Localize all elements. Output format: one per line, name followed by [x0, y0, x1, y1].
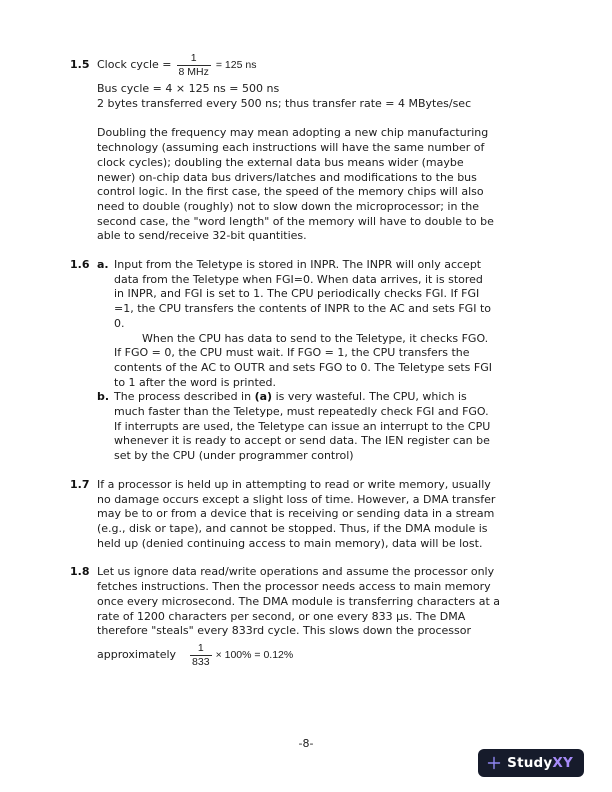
- problem-1-7: 1.7 If a processor is held up in attempt…: [70, 478, 556, 552]
- fraction-denominator: 833: [190, 655, 212, 669]
- logo-study-text: Study: [507, 755, 552, 771]
- problem-number-1-6: 1.6: [70, 258, 97, 273]
- problem-number-1-8: 1.8: [70, 565, 97, 580]
- answer-a-label: a.: [97, 258, 114, 273]
- fraction-1-over-833: 1 833: [190, 642, 212, 669]
- cycle-stealing-paragraph: Let us ignore data read/write operations…: [97, 565, 556, 639]
- fraction-numerator: 1: [191, 52, 197, 65]
- answer-b-post: is very wasteful. The CPU, which is: [272, 390, 467, 403]
- answer-b-label: b.: [97, 390, 114, 405]
- clock-cycle-equation: 1.5 Clock cycle = 1 8 MHz = 125 ns: [70, 52, 556, 79]
- fraction-1-over-8mhz: 1 8 MHz: [177, 52, 211, 79]
- answer-a-paragraph-2: When the CPU has data to send to the Tel…: [114, 332, 556, 391]
- answer-a: a. Input from the Teletype is stored in …: [97, 258, 556, 390]
- equation-result: = 125 ns: [216, 58, 257, 73]
- document-page: 1.5 Clock cycle = 1 8 MHz = 125 ns Bus c…: [0, 0, 612, 792]
- bus-cycle-line: Bus cycle = 4 × 125 ns = 500 ns: [97, 82, 556, 97]
- fraction-denominator: 8 MHz: [177, 65, 211, 79]
- answer-a-paragraph-1: Input from the Teletype is stored in INP…: [114, 258, 556, 332]
- answer-b-bold-ref: (a): [255, 390, 272, 403]
- problem-1-6: 1.6 a. Input from the Teletype is stored…: [70, 258, 556, 464]
- approximation-equation: approximately 1 833 × 100% = 0.12%: [97, 642, 556, 669]
- dma-held-up-paragraph: If a processor is held up in attempting …: [97, 478, 556, 552]
- answer-b-first-line: The process described in (a) is very was…: [114, 390, 556, 405]
- answer-b-pre: The process described in: [114, 390, 255, 403]
- logo-xy-text: XY: [552, 755, 573, 771]
- problem-number-1-7: 1.7: [70, 478, 97, 493]
- approx-result: × 100% = 0.12%: [216, 648, 294, 663]
- approx-prefix: approximately: [97, 648, 176, 663]
- problem-1-5: 1.5 Clock cycle = 1 8 MHz = 125 ns Bus c…: [70, 52, 556, 244]
- logo-wordmark: StudyXY: [507, 756, 573, 771]
- answer-b-rest: much faster than the Teletype, must repe…: [114, 405, 556, 464]
- plus-icon: [487, 756, 501, 770]
- problem-1-8: 1.8 Let us ignore data read/write operat…: [70, 565, 556, 669]
- problem-number-1-5: 1.5: [70, 58, 97, 73]
- equation-prefix: Clock cycle =: [97, 58, 172, 73]
- studyxy-logo: StudyXY: [478, 749, 584, 777]
- answer-b: b. The process described in (a) is very …: [97, 390, 556, 464]
- fraction-numerator: 1: [198, 642, 204, 655]
- doubling-frequency-paragraph: Doubling the frequency may mean adopting…: [97, 126, 556, 244]
- transfer-rate-line: 2 bytes transferred every 500 ns; thus t…: [97, 97, 556, 112]
